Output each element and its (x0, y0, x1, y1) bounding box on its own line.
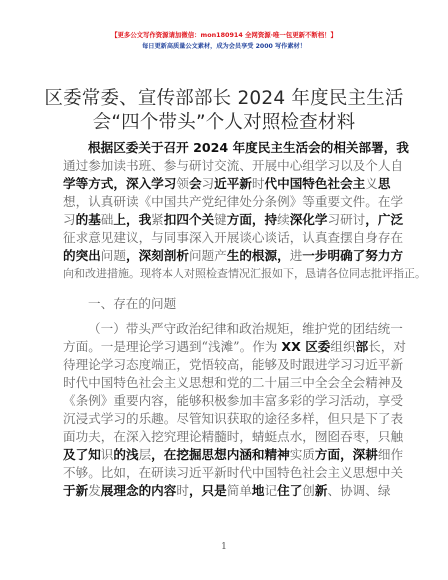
text-segment: 方面，深耕 (315, 447, 378, 462)
text-segment: 紧 (151, 212, 164, 227)
text-segment: （一）带头严守政治纪律和政治规矩，维护党的团结统一 (88, 321, 403, 336)
body-line: 于新发展理念的内容时，只是简单地记住了创新、协调、绿 (63, 482, 390, 500)
body-line: 面功夫，在深入挖究理论精髓时，蜻蜓点水，囫囵吞枣，只触 (63, 428, 403, 446)
text-segment: 上，我 (113, 212, 151, 227)
text-segment: 时代中国特色社会主义思想和党的二十届三中全会全会精神及 (63, 375, 403, 390)
text-segment: 识 (101, 447, 114, 462)
body-line: （一）带头严守政治纪律和政治规矩，维护党的团结统一 (88, 320, 403, 338)
body-line: 及了知识的浅层，在挖掘思想内涵和精神实质方面，深耕细作 (63, 446, 403, 464)
body-line: 时代中国特色社会主义思想和党的二十届三中全会全会精神及 (63, 374, 403, 392)
text-segment: 习 (202, 176, 215, 191)
text-segment: 扣四个关 (164, 212, 214, 227)
text-segment: 《条例》重要内容，能够积极参加丰富多彩的学习活动，享受 (63, 393, 403, 408)
document-title-line-2: 会“四个带头”个人对照检查材料 (0, 108, 448, 134)
text-segment: 的浅 (113, 447, 138, 462)
text-segment: 时 (252, 176, 265, 191)
text-segment: 生的根源， (227, 248, 290, 263)
text-segment: 代中国特色社会主 (265, 176, 366, 191)
text-segment: 、协调、绿 (327, 483, 390, 498)
text-segment: XX 区委 (281, 339, 330, 354)
text-segment: 层 (139, 447, 152, 462)
text-segment: 记 (265, 483, 278, 498)
body-line: 不够。比如，在研读习近平新时代中国特色社会主义思想中关 (63, 464, 403, 482)
body-line: 一、存在的问题 (88, 295, 176, 313)
text-segment: 会 (189, 176, 202, 191)
text-segment: 向和改进措施。现将本人对照检查情况汇报如下，恳请各位同志批评指正。 (63, 267, 426, 280)
text-segment: 近平新 (214, 176, 252, 191)
text-segment: 的突出 (63, 248, 101, 263)
text-segment: 地 (252, 483, 265, 498)
text-segment: 一步明确了努力方 (302, 248, 403, 263)
text-segment: 时 (176, 483, 189, 498)
text-segment: ，广泛 (365, 212, 403, 227)
text-segment: 的基 (76, 212, 101, 227)
text-segment: 义 (365, 176, 378, 191)
promo-banner-line-1: 【更多公文写作资源请加微信：mon180914 全网资源·唯一包更新不断档！】 (0, 30, 448, 39)
text-segment: 习研讨 (327, 212, 365, 227)
text-segment: 键 (214, 212, 227, 227)
text-segment: 方面，持 (227, 212, 277, 227)
text-segment: 根据区委关于召开 2024 年度民主生活会的相关部署，我 (88, 140, 409, 155)
body-line: 向和改进措施。现将本人对照检查情况汇报如下，恳请各位同志批评指正。 (63, 265, 426, 283)
text-segment: 习 (63, 212, 76, 227)
text-segment: 待理论学习态度端正，党悟较高，能够及时跟进学习习近平新 (63, 357, 403, 372)
text-segment: 发 (88, 483, 101, 498)
text-segment: 实质 (290, 447, 315, 462)
text-segment: ，只是 (189, 483, 227, 498)
text-segment: 不够。比如，在研读习近平新时代中国特色社会主义思想中关 (63, 465, 403, 480)
text-segment: 领 (176, 176, 189, 191)
text-segment: 方面。一是理论学习遇到“浅滩”。作为 (63, 339, 281, 354)
text-segment: 通过参加读书班、参与研讨交流、开展中心组学习以及个人自 (63, 158, 403, 173)
body-line: 《条例》重要内容，能够积极参加丰富多彩的学习活动，享受 (63, 392, 403, 410)
text-segment: 创 (302, 483, 315, 498)
text-segment: 细作 (378, 447, 403, 462)
body-line: 沉浸式学习的乐趣。尽管知识获取的途径多样，但只是下了表 (63, 410, 403, 428)
body-line: 方面。一是理论学习遇到“浅滩”。作为 XX 区委组织部长，对 (63, 338, 406, 356)
text-segment: 学等方式，深入学习 (63, 176, 176, 191)
text-segment: 深化学 (290, 212, 328, 227)
text-segment: 及了知 (63, 447, 101, 462)
text-segment: 问题产 (189, 248, 227, 263)
text-segment: ，深刻剖析 (126, 248, 189, 263)
body-line: 征求意见建议，与同事深入开展谈心谈话，认真查摆自身存在 (63, 229, 403, 247)
text-segment: ，在挖掘思想内涵和精神 (151, 447, 290, 462)
text-segment: 长，对 (368, 339, 406, 354)
text-segment: 问题 (101, 248, 126, 263)
text-segment: 想，认真研读《中国共产党纪律处分条例》等重要文件。在学 (63, 194, 403, 209)
text-segment: 展理念的内容 (101, 483, 177, 498)
page-number: 1 (0, 542, 448, 552)
body-line: 学等方式，深入学习领会习近平新时代中国特色社会主义思 (63, 175, 390, 193)
text-segment: 沉浸式学习的乐趣。尽管知识获取的途径多样，但只是下了表 (63, 411, 403, 426)
text-segment: 一、存在的问题 (88, 296, 176, 311)
body-line: 的突出问题，深刻剖析问题产生的根源，进一步明确了努力方 (63, 247, 403, 265)
body-line: 通过参加读书班、参与研讨交流、开展中心组学习以及个人自 (63, 157, 403, 175)
body-line: 想，认真研读《中国共产党纪律处分条例》等重要文件。在学 (63, 193, 403, 211)
document-title-line-1: 区委常委、宣传部部长 2024 年度民主生活 (0, 84, 448, 110)
text-segment: 新 (315, 483, 328, 498)
body-line: 习的基础上，我紧扣四个关键方面，持续深化学习研讨，广泛 (63, 211, 403, 229)
text-segment: 简单 (227, 483, 252, 498)
text-segment: 面功夫，在深入挖究理论精髓时，蜻蜓点水，囫囵吞枣，只触 (63, 429, 403, 444)
promo-banner-line-2: 每日更新高质量公文素材，成为会员享受 2000 写作素材！ (0, 41, 448, 50)
text-segment: 于新 (63, 483, 88, 498)
text-segment: 续 (277, 212, 290, 227)
body-line: 待理论学习态度端正，党悟较高，能够及时跟进学习习近平新 (63, 356, 403, 374)
document-page: 【更多公文写作资源请加微信：mon180914 全网资源·唯一包更新不断档！】 … (0, 0, 448, 580)
body-line: 根据区委关于召开 2024 年度民主生活会的相关部署，我 (88, 139, 409, 157)
text-segment: 征求意见建议，与同事深入开展谈心谈话，认真查摆自身存在 (63, 230, 403, 245)
text-segment: 进 (290, 248, 303, 263)
text-segment: 住了 (277, 483, 302, 498)
text-segment: 思 (378, 176, 391, 191)
text-segment: 组织 (330, 339, 355, 354)
text-segment: 部 (356, 339, 369, 354)
text-segment: 础 (101, 212, 114, 227)
